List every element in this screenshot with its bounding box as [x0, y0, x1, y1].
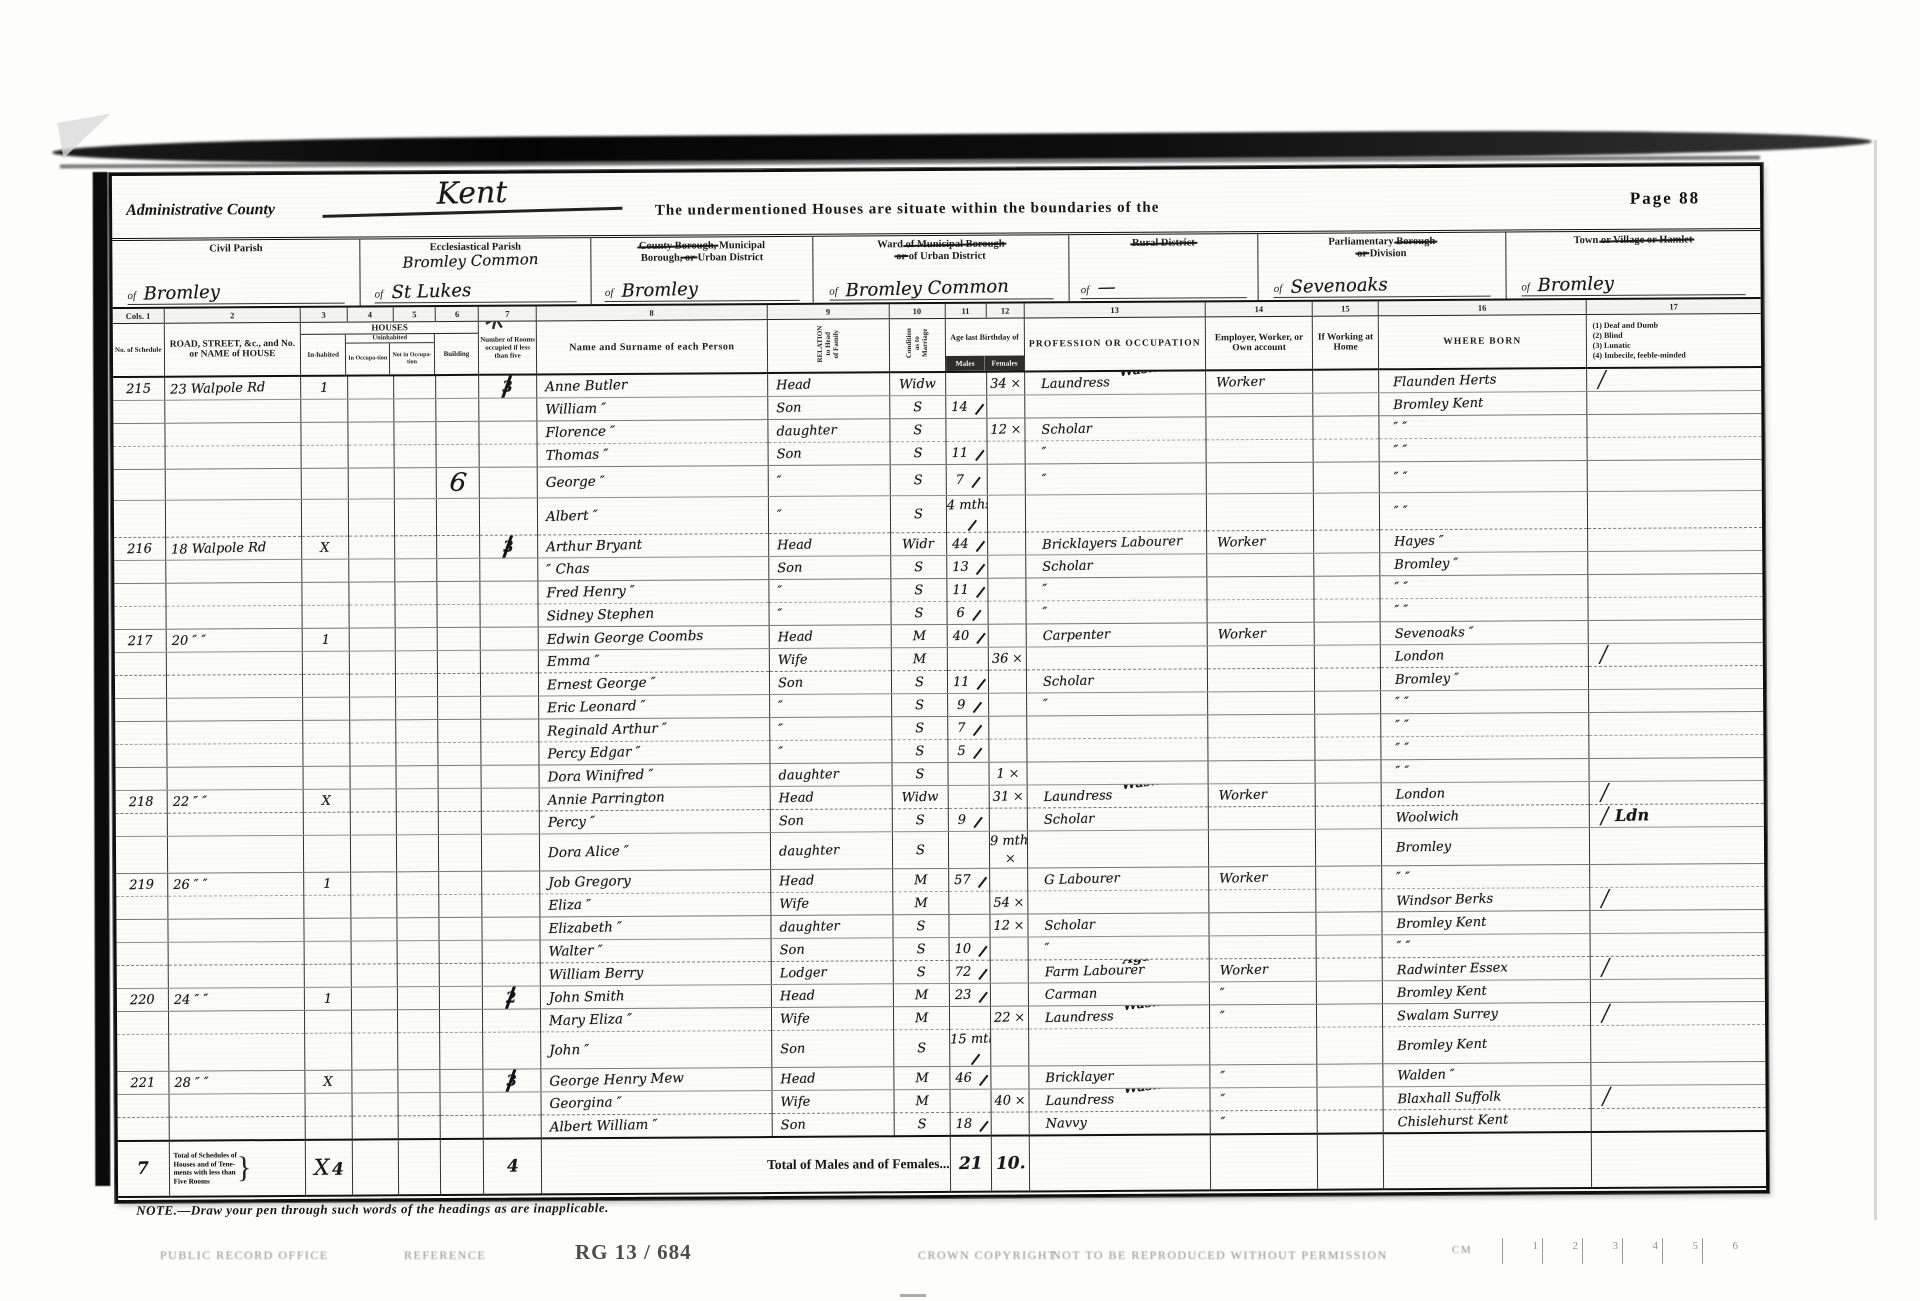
cell-schedule — [117, 1011, 168, 1034]
cell-infirmity — [1588, 711, 1763, 735]
cell-employer — [1207, 645, 1314, 669]
cell-age_m: 23 — [949, 983, 990, 1006]
cell-age_m — [946, 418, 987, 441]
cell-inhabited — [304, 812, 350, 835]
cell-in_occupation — [351, 987, 397, 1010]
cell-age_f: 1× — [989, 762, 1027, 785]
cell-building — [436, 421, 479, 444]
header-profession: PROFESSION OR OCCUPATION — [1024, 317, 1206, 372]
cell-name: Edwin George Coombs — [538, 626, 769, 650]
cell-address — [169, 1093, 306, 1117]
cell-employer — [1210, 1027, 1317, 1065]
cell-schedule: 216 — [114, 537, 165, 560]
cell-schedule: 217 — [115, 629, 166, 652]
cell-born: Bromley ″ — [1380, 667, 1588, 691]
cell-employer — [1206, 493, 1313, 531]
cell-name: Emma ″ — [538, 649, 769, 673]
tally-stroke — [971, 674, 986, 690]
cell-born: Chislehurst Kent — [1383, 1109, 1591, 1134]
cell-inhabited — [302, 559, 348, 582]
header-houses: HOUSES — [301, 322, 478, 335]
tally-stroke — [966, 605, 981, 621]
cell-in_occupation — [351, 964, 397, 987]
tally-stroke — [967, 720, 982, 736]
cell-age_m: 44 — [946, 532, 987, 555]
cell-in_occupation — [348, 582, 394, 605]
tally-stroke — [973, 1070, 988, 1086]
cell-at_home — [1315, 668, 1381, 691]
cell-relation: daughter — [768, 419, 890, 443]
cell-relation: daughter — [771, 915, 893, 939]
total-schedules-label: Total of Schedules of Houses and of Tene… — [169, 1140, 306, 1197]
cell-condition: S — [890, 495, 946, 532]
cell-not_in_occupation — [394, 445, 437, 468]
cell-at_home — [1314, 645, 1380, 668]
cell-age_f — [989, 808, 1027, 831]
area-label: Rural District — [1069, 237, 1258, 250]
header-age-group: Age last Birthday of Males Females — [945, 318, 1024, 372]
form-header: Administrative County Kent The underment… — [112, 166, 1760, 241]
cell-employer — [1208, 806, 1315, 830]
cell-born: Hayes ″ — [1380, 529, 1588, 553]
cell-age_m — [948, 831, 989, 868]
cell-inhabited — [301, 445, 347, 468]
cell-infirmity — [1587, 413, 1762, 437]
cell-name: John Smith — [540, 985, 771, 1009]
cell-schedule — [113, 423, 164, 446]
cell-address — [167, 835, 304, 873]
cell-schedule — [117, 1094, 168, 1117]
area-label: Ward of Municipal Boroughor of Urban Dis… — [814, 238, 1069, 263]
cell-at_home — [1313, 462, 1379, 493]
cell-age_m: 14 — [945, 395, 986, 418]
cell-infirmity: ╱ — [1590, 955, 1765, 979]
cell-age_m: 6 — [947, 601, 988, 624]
cell-age_m: 40 — [947, 624, 988, 647]
header-females: Females — [984, 355, 1024, 370]
cell-occupation: Bricklayer — [1029, 1065, 1210, 1089]
cell-schedule: 215 — [113, 377, 164, 401]
cell-condition: S — [892, 739, 948, 762]
cell-schedule: 221 — [117, 1071, 168, 1094]
cell-born: Bromley Kent — [1379, 392, 1587, 416]
cell-at_home — [1314, 493, 1380, 530]
cell-relation: ″ — [768, 496, 890, 534]
footer-copyright: CROWN COPYRIGHT — [918, 1248, 1057, 1263]
area-box-town: Town or Village or HamletofBromley — [1505, 231, 1761, 299]
cell-address — [167, 766, 304, 790]
cell-relation: Son — [771, 938, 893, 962]
cell-at_home — [1313, 439, 1379, 462]
cell-condition: S — [889, 395, 945, 418]
tally-stroke — [971, 628, 986, 644]
header-road: ROAD, STREET, &c., and No. or NAME of HO… — [164, 322, 301, 376]
cell-address — [165, 559, 302, 583]
cell-relation: Head — [772, 1067, 894, 1091]
cell-schedule — [118, 1117, 169, 1141]
cell-rooms — [482, 871, 540, 894]
tally-stroke — [965, 1049, 980, 1065]
cell-rooms — [480, 581, 538, 604]
cell-building — [441, 1115, 484, 1139]
cell-building — [436, 375, 479, 399]
cell-name: Florence ″ — [537, 420, 768, 444]
cell-rooms — [480, 467, 538, 498]
cell-relation: Wife — [769, 648, 891, 672]
cell-in_occupation — [349, 720, 395, 743]
cell-rooms — [481, 696, 539, 719]
cell-born: ″ ″ — [1379, 438, 1587, 462]
cell-name: George ″ — [537, 466, 768, 498]
cell-employer: ″ — [1210, 1087, 1317, 1111]
cell-inhabited — [303, 651, 349, 674]
cell-not_in_occupation — [393, 399, 436, 422]
cell-age_f: 40× — [991, 1089, 1029, 1112]
cell-name: Dora Alice ″ — [539, 833, 770, 871]
cell-inhabited — [303, 720, 349, 743]
cell-building — [439, 811, 482, 834]
area-value: of— — [1081, 276, 1247, 299]
cell-infirmity — [1588, 688, 1763, 712]
cell-rooms — [481, 765, 539, 788]
cell-condition: S — [892, 762, 948, 785]
cell-at_home — [1315, 760, 1381, 783]
cell-condition: S — [890, 418, 946, 441]
cell-condition: S — [892, 831, 948, 868]
cell-schedule: 220 — [117, 988, 168, 1011]
cell-age_f — [987, 395, 1025, 418]
cell-not_in_occupation — [394, 468, 437, 499]
area-label: Civil Parish — [112, 243, 359, 256]
cell-relation: Son — [772, 1113, 894, 1137]
cell-born: Flaunden Herts — [1379, 368, 1587, 393]
footer-reference-number: RG 13 / 684 — [575, 1240, 692, 1265]
cell-infirmity — [1589, 826, 1764, 864]
pen-scribble: ✳ — [483, 321, 509, 327]
cell-not_in_occupation — [394, 559, 437, 582]
cell-name: Fred Henry ″ — [538, 580, 769, 604]
cell-infirmity: ╱ Ldn — [1589, 803, 1764, 827]
cell-relation: ″ — [768, 465, 890, 497]
cell-infirmity — [1587, 436, 1762, 460]
cell-building: 6 — [437, 467, 480, 498]
cell-relation: Son — [769, 671, 891, 695]
cell-age_f — [991, 1112, 1029, 1136]
cell-relation: Son — [768, 556, 890, 580]
cell-name: Percy ″ — [539, 810, 770, 834]
cell-inhabited — [304, 941, 350, 964]
cell-building — [437, 558, 480, 581]
cell-relation: Wife — [771, 1007, 893, 1031]
header-where-born: WHERE BORN — [1378, 315, 1586, 370]
col-number: 9 — [767, 304, 889, 319]
cell-in_occupation — [349, 651, 395, 674]
cell-relation: Head — [770, 786, 892, 810]
cell-relation: Son — [767, 396, 889, 420]
page-number: Page 88 — [1630, 188, 1700, 208]
cell-employer: Worker — [1208, 783, 1315, 807]
cell-address: 24 ″ ″ — [168, 987, 305, 1011]
cell-infirmity: ╱ — [1589, 886, 1764, 910]
cell-at_home — [1314, 553, 1380, 576]
header-in-occupation: In Occupa-tion — [346, 343, 389, 374]
footer-office: PUBLIC RECORD OFFICE — [160, 1248, 329, 1263]
cell-address — [165, 445, 302, 469]
cell-occupation: LaundressWash — [1028, 1005, 1209, 1029]
cell-in_occupation — [347, 422, 393, 445]
cell-employer — [1208, 737, 1315, 761]
tally-stroke — [967, 743, 982, 759]
cell-occupation: ″ — [1025, 440, 1206, 464]
cell-not_in_occupation — [397, 964, 440, 987]
cell-infirmity — [1588, 619, 1763, 643]
cell-name: Eliza ″ — [540, 893, 771, 917]
cell-schedule — [115, 652, 166, 675]
cell-born: Windsor Berks — [1382, 888, 1590, 912]
admin-county-value: Kent — [322, 172, 623, 218]
total-houses: X4 — [306, 1140, 352, 1196]
cell-condition: S — [891, 578, 947, 601]
cell-in_occupation — [350, 789, 396, 812]
area-note: Bromley Common — [402, 250, 538, 272]
cell-relation: daughter — [770, 763, 892, 787]
cell-in_occupation — [348, 468, 394, 499]
cell-inhabited — [302, 499, 348, 536]
cell-condition: M — [894, 1089, 950, 1112]
cell-building — [437, 604, 480, 627]
cell-building — [438, 650, 481, 673]
cell-in_occupation — [350, 918, 396, 941]
cell-occupation — [1026, 715, 1207, 739]
col-number: 5 — [393, 307, 436, 322]
cell-inhabited — [301, 399, 347, 422]
cell-name: Dora Winifred ″ — [539, 764, 770, 788]
col-number: 7 — [479, 306, 537, 321]
cell-rooms — [480, 498, 538, 535]
cell-building — [438, 673, 481, 696]
header-employer: Employer, Worker, or Own account — [1205, 316, 1312, 370]
cell-rooms — [483, 963, 541, 986]
cell-infirmity — [1591, 1061, 1766, 1085]
tally-stroke — [970, 536, 985, 552]
cell-infirmity — [1589, 863, 1764, 887]
cell-schedule: 219 — [116, 873, 167, 896]
cell-inhabited: X — [302, 536, 348, 559]
cell-rooms: 3 — [480, 535, 538, 558]
cell-name: Eric Leonard ″ — [539, 695, 770, 719]
cell-occupation: ″ — [1025, 463, 1206, 495]
cell-inhabited — [303, 674, 349, 697]
cell-not_in_occupation — [395, 697, 438, 720]
cell-infirmity — [1590, 1024, 1765, 1062]
cell-infirmity — [1589, 757, 1764, 781]
cell-condition: S — [890, 464, 946, 495]
cell-address — [166, 651, 303, 675]
cell-age_f: 22× — [990, 1006, 1028, 1029]
cell-employer: Worker — [1206, 370, 1313, 394]
cell-building — [439, 834, 482, 871]
cell-at_home — [1315, 691, 1381, 714]
cell-occupation: Navvy — [1029, 1111, 1210, 1136]
cell-occupation: ″ — [1026, 577, 1207, 601]
col-number: 15 — [1312, 301, 1378, 316]
cell-address — [166, 720, 303, 744]
cell-born: Bromley ″ — [1380, 552, 1588, 576]
tally-stroke — [973, 987, 988, 1003]
cell-not_in_occupation — [395, 605, 438, 628]
cell-age_m: 10 — [949, 937, 990, 960]
cell-age_f — [987, 464, 1025, 495]
cell-occupation — [1027, 761, 1208, 785]
cell-schedule — [115, 721, 166, 744]
cell-born: ″ ″ — [1382, 865, 1590, 889]
header-building: Building — [433, 334, 478, 374]
cell-condition: S — [893, 914, 949, 937]
cell-occupation: Carpenter — [1026, 623, 1207, 647]
scanned-census-page: Administrative County Kent The underment… — [0, 0, 1920, 1301]
area-value: ofSevenoaks — [1274, 275, 1491, 298]
cell-employer — [1209, 935, 1316, 959]
col-number: 16 — [1378, 300, 1586, 316]
col-number: 4 — [347, 307, 393, 322]
cell-not_in_occupation — [394, 499, 437, 536]
col-number: 11 — [945, 304, 986, 319]
cell-rooms — [483, 1092, 541, 1115]
total-males-females-label: Total of Males and of Females... — [541, 1136, 950, 1194]
cell-occupation: ″ — [1026, 600, 1207, 624]
cell-rooms — [482, 811, 540, 834]
cell-building — [440, 963, 483, 986]
cell-in_occupation — [350, 835, 396, 872]
cell-inhabited: X — [303, 789, 349, 812]
area-box-rural-district: Rural Districtof— — [1068, 234, 1258, 301]
cell-occupation: LaundressWash — [1024, 370, 1205, 395]
cell-at_home — [1316, 889, 1382, 912]
cell-at_home — [1314, 622, 1380, 645]
cell-address — [164, 399, 301, 423]
cell-employer — [1206, 439, 1313, 463]
cell-rooms — [480, 604, 538, 627]
cell-schedule — [117, 965, 168, 988]
cell-building — [438, 696, 481, 719]
cell-not_in_occupation — [396, 812, 439, 835]
cell-address: 20 ″ ″ — [166, 628, 303, 652]
cell-address — [166, 674, 303, 698]
cell-occupation: Scholar — [1028, 913, 1209, 937]
cell-age_f: 12× — [990, 914, 1028, 937]
cell-age_m — [949, 1006, 990, 1029]
cell-rooms — [479, 421, 537, 444]
col-number: Cols. 1 — [113, 309, 164, 324]
cell-inhabited: 1 — [303, 628, 349, 651]
cell-inhabited — [304, 918, 350, 941]
cell-building — [437, 444, 480, 467]
cell-inhabited: 1 — [304, 872, 350, 895]
cell-age_m: 13 — [946, 555, 987, 578]
cell-condition: S — [890, 555, 946, 578]
cell-age_m: 11 — [947, 578, 988, 601]
cell-age_m: 11 — [947, 670, 988, 693]
tally-stroke — [972, 872, 987, 888]
cell-rooms — [483, 1032, 541, 1069]
tally-cross: × — [1013, 895, 1024, 910]
area-box-parliamentary-division: Parliamentary Boroughor DivisionofSeveno… — [1258, 233, 1506, 301]
infirmity-line: (4) Imbecile, feeble-minded — [1593, 350, 1761, 361]
cell-infirmity — [1587, 490, 1762, 528]
area-box-county-borough: County Borough, MunicipalBorough, or Urb… — [590, 237, 813, 304]
cell-condition: S — [893, 937, 949, 960]
cell-building — [438, 719, 481, 742]
cell-age_f: 31× — [989, 785, 1027, 808]
col-number: 6 — [436, 307, 479, 322]
cell-occupation — [1025, 394, 1206, 418]
cell-schedule — [114, 446, 165, 469]
tally-cross: × — [1009, 767, 1020, 782]
cell-occupation: LaundressWash — [1029, 1088, 1210, 1112]
cell-age_f — [988, 555, 1026, 578]
cell-occupation: ″ — [1028, 936, 1209, 960]
cell-born: Sevenoaks ″ — [1380, 621, 1588, 645]
cell-schedule — [113, 400, 164, 423]
cell-rooms — [481, 788, 539, 811]
cell-name: ″ Chas — [538, 557, 769, 581]
cell-address — [168, 1010, 305, 1034]
cell-age_f — [991, 1029, 1029, 1066]
cell-infirmity: ╱ — [1591, 1084, 1766, 1108]
cell-not_in_occupation — [395, 651, 438, 674]
cell-rooms — [483, 1115, 541, 1139]
cell-relation: ″ — [770, 740, 892, 764]
cell-employer — [1209, 912, 1316, 936]
cell-rooms — [481, 719, 539, 742]
cell-rooms — [483, 1009, 541, 1032]
cell-address: 26 ″ ″ — [167, 872, 304, 896]
cell-in_occupation — [349, 766, 395, 789]
cell-employer — [1206, 462, 1313, 494]
cell-name: Walter ″ — [540, 939, 771, 963]
cell-age_f — [987, 441, 1025, 464]
cell-building — [439, 894, 482, 917]
tally-stroke — [970, 559, 985, 575]
cell-condition: S — [893, 1029, 949, 1066]
cell-name: Sidney Stephen — [538, 603, 769, 627]
cell-infirmity — [1588, 573, 1763, 597]
cell-not_in_occupation — [397, 1033, 440, 1070]
cell-age_m: 15 mths — [949, 1029, 990, 1066]
cell-schedule — [115, 675, 166, 698]
area-boxes-row: Civil ParishofBromleyEcclesiastical Pari… — [112, 231, 1760, 309]
cell-relation: Son — [768, 442, 890, 466]
cell-employer: Worker — [1209, 958, 1316, 982]
header-infirmity: (1) Deaf and Dumb (2) Blind (3) Lunatic … — [1586, 313, 1761, 368]
archive-footer: PUBLIC RECORD OFFICE REFERENCE RG 13 / 6… — [0, 1236, 1920, 1282]
cell-age_m: 9 — [948, 808, 989, 831]
cell-rooms — [479, 444, 537, 467]
cell-age_f: 12× — [987, 418, 1025, 441]
cell-relation: Wife — [772, 1090, 894, 1114]
total-schedules: 7 — [118, 1141, 169, 1197]
cell-not_in_occupation — [396, 895, 439, 918]
cell-employer — [1208, 691, 1315, 715]
cell-address: 18 Walpole Rd — [165, 536, 302, 560]
cell-inhabited: 1 — [305, 987, 351, 1010]
cell-age_f: 34× — [986, 371, 1024, 395]
cell-schedule — [117, 1034, 168, 1071]
cell-born: ″ ″ — [1382, 934, 1590, 958]
cell-not_in_occupation — [395, 743, 438, 766]
cell-occupation: Scholar — [1027, 807, 1208, 831]
cell-building — [440, 1009, 483, 1032]
